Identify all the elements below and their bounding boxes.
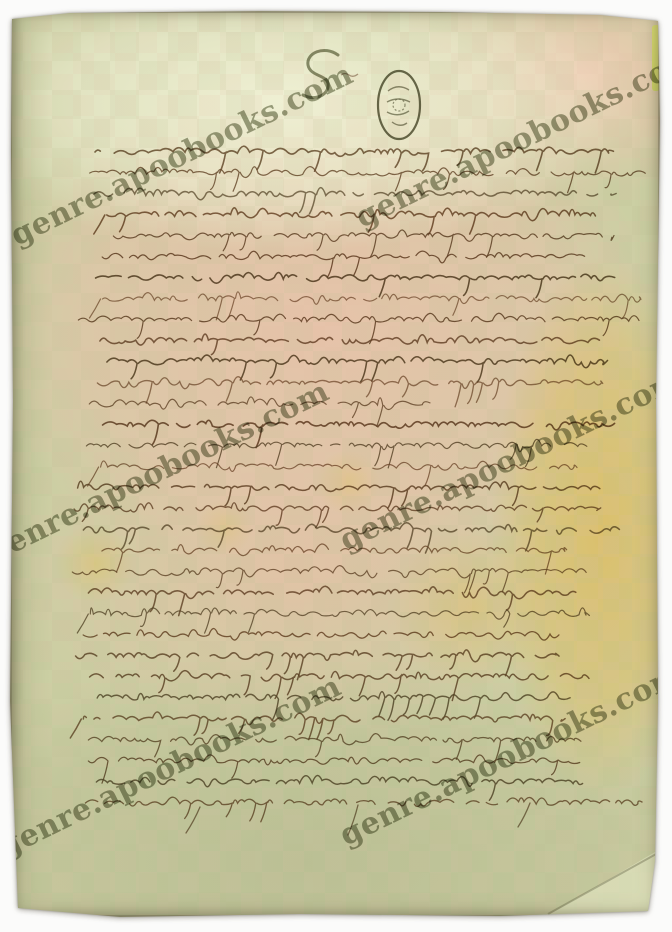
fold-crease-svg (10, 11, 660, 917)
photo-background: genre.apoobooks.comgenre.apoobooks.comge… (0, 0, 672, 932)
page-shadow-wrap: genre.apoobooks.comgenre.apoobooks.comge… (0, 0, 672, 932)
manuscript-page: genre.apoobooks.comgenre.apoobooks.comge… (10, 11, 660, 917)
